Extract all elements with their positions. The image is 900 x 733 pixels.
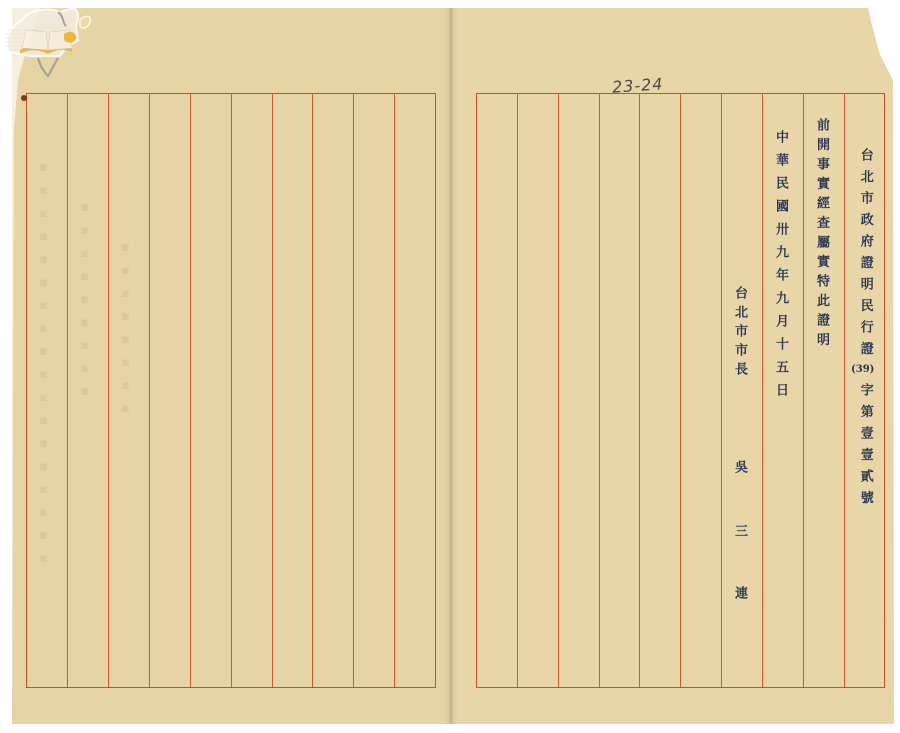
- signatory-title: 台北市市長: [733, 286, 746, 381]
- signatory-name-part: 三: [733, 524, 746, 546]
- certificate-number-prefix: 台北市政府證明民行證: [858, 148, 873, 363]
- bleed-through-text: ▪▪▪▪▪▪▪▪▪▪▪▪▪▪▪▪▪▪: [36, 160, 51, 574]
- bleed-through-text: ▪▪▪▪▪▪▪▪: [118, 240, 133, 424]
- certificate-year: (39): [851, 365, 874, 375]
- certificate-number: 台北市政府證明民行證(39)字第壹壹貳號: [855, 148, 874, 512]
- issue-date: 中華民國卅九年九月十五日: [774, 130, 787, 406]
- signatory-name-part: 吳: [733, 460, 746, 482]
- handwritten-page-number: 23-24: [611, 74, 664, 97]
- bleed-through-text: ▪▪▪▪▪▪▪▪▪: [77, 200, 92, 407]
- signatory-name-part: 連: [733, 586, 746, 608]
- certification-statement: 前開事實經查屬實特此證明: [815, 118, 828, 352]
- archive-logo-icon: [0, 0, 100, 86]
- scanned-document: ▪▪▪▪▪▪▪▪▪▪▪▪▪▪▪▪▪▪ ▪▪▪▪▪▪▪▪▪ ▪▪▪▪▪▪▪▪ 23…: [0, 0, 900, 733]
- corner-mark-icon: [21, 95, 27, 101]
- certificate-number-suffix: 字第壹壹貳號: [858, 383, 873, 512]
